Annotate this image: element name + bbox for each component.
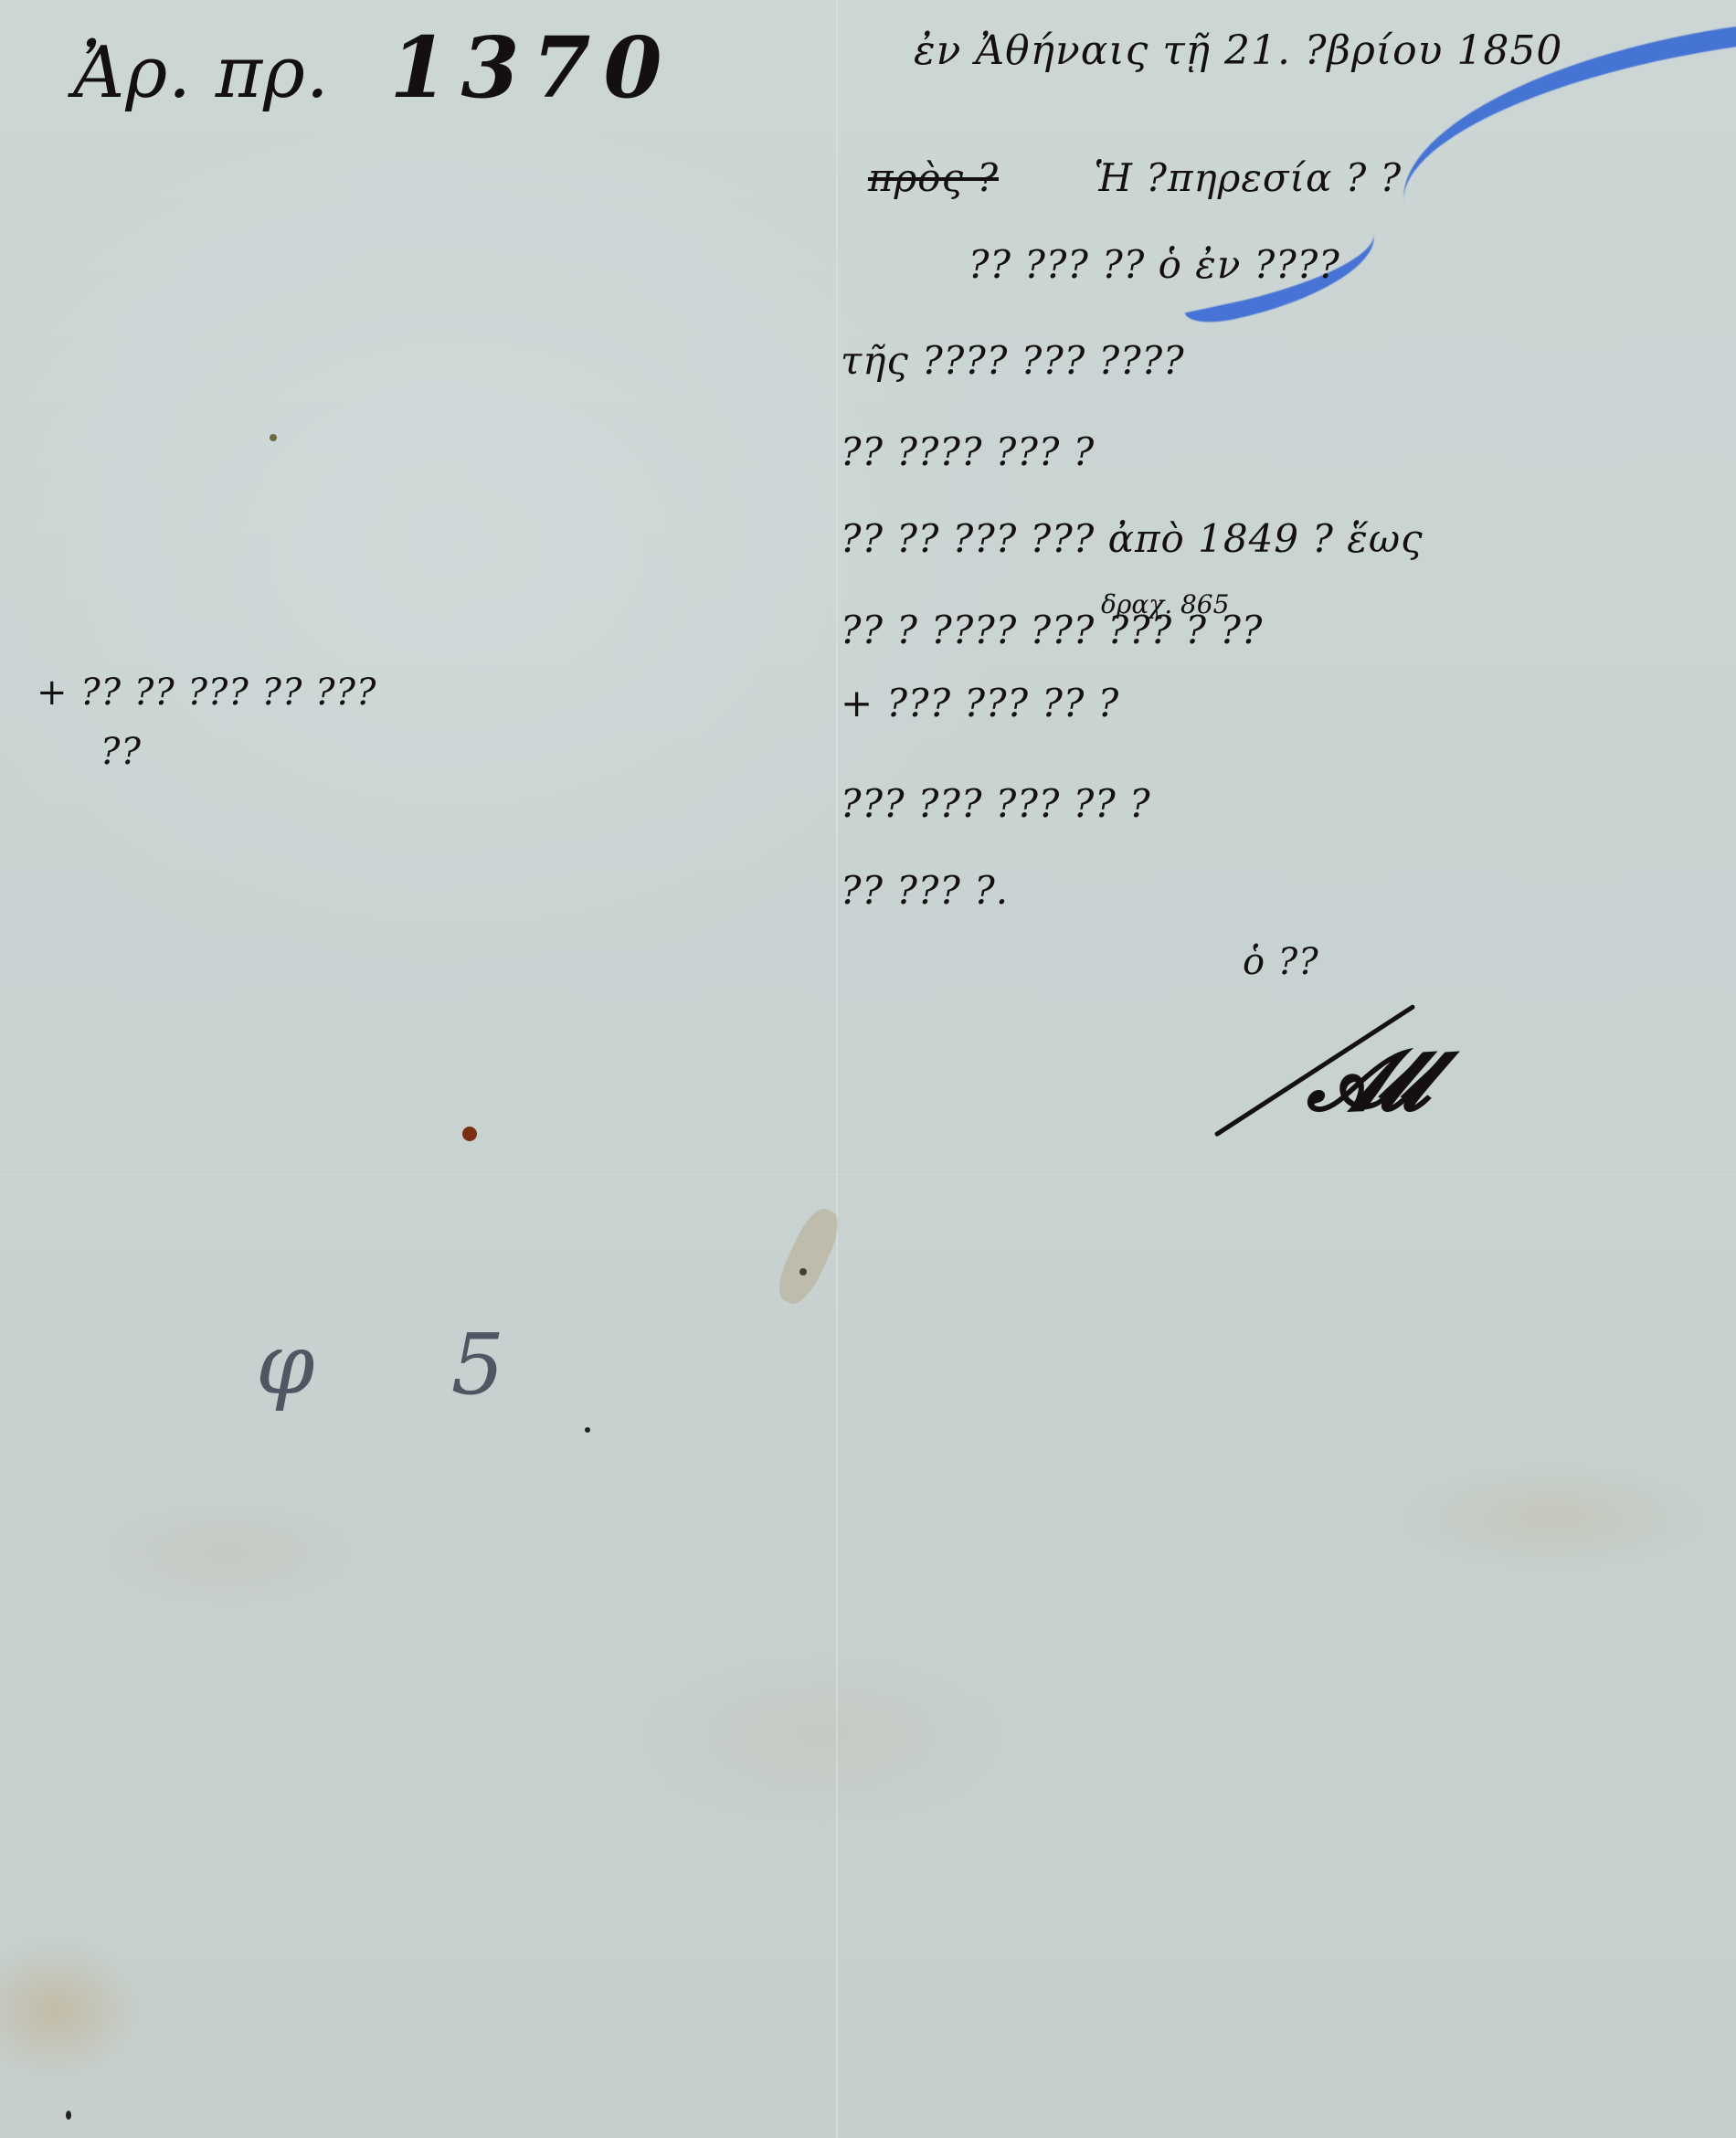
reference-label: Ἀρ. πρ.: [73, 32, 330, 114]
pencil-folio-note: φ 5: [256, 1316, 559, 1413]
body-line-1: πρὸς ? Ἡ ?πηρεσία ? ?: [868, 155, 1402, 200]
body-line-3: τῆς ???? ??? ????: [841, 338, 1185, 383]
reference-number: 1370: [389, 18, 674, 117]
body-line-7: + ??? ??? ?? ?: [841, 681, 1119, 725]
margin-note-line-1: + ?? ?? ??? ?? ???: [37, 672, 376, 714]
body-line-5: ?? ?? ??? ??? ἀπὸ 1849 ? ἕως: [841, 516, 1424, 561]
ink-spot: [462, 1127, 477, 1141]
signature-glyph: 𝓐𝓵𝓵: [1307, 1032, 1422, 1130]
vertical-fold-line: [836, 0, 838, 2138]
ink-spot: [270, 434, 277, 441]
body-line-6: ?? ? ???? ??? ??? ? ??: [841, 608, 1263, 652]
place-date-line: ἐν Ἀθήναις τῇ 21. ?βρίου 1850: [914, 27, 1562, 74]
ink-spot: [585, 1427, 590, 1433]
body-line-text: Ἡ ?πηρεσία ? ?: [1094, 155, 1402, 200]
body-line-8: ??? ??? ??? ?? ?: [841, 781, 1151, 826]
horizontal-fold-line: [0, 1174, 1736, 1175]
margin-note-line-2: ??: [101, 731, 142, 773]
ink-spot: [66, 2111, 71, 2120]
paper-stain: [771, 1203, 847, 1310]
closing-formula: ὁ ??: [1243, 941, 1319, 983]
body-line-2: ?? ??? ?? ὁ ἐν ????: [969, 242, 1340, 287]
struck-out-word: πρὸς ?: [868, 155, 999, 200]
reference-number-header: Ἀρ. πρ. 1370: [73, 18, 675, 117]
body-line-4: ?? ???? ??? ?: [841, 429, 1095, 474]
signature: 𝓐𝓵𝓵: [1215, 1032, 1471, 1160]
body-line-9: ?? ??? ?.: [841, 868, 1009, 913]
